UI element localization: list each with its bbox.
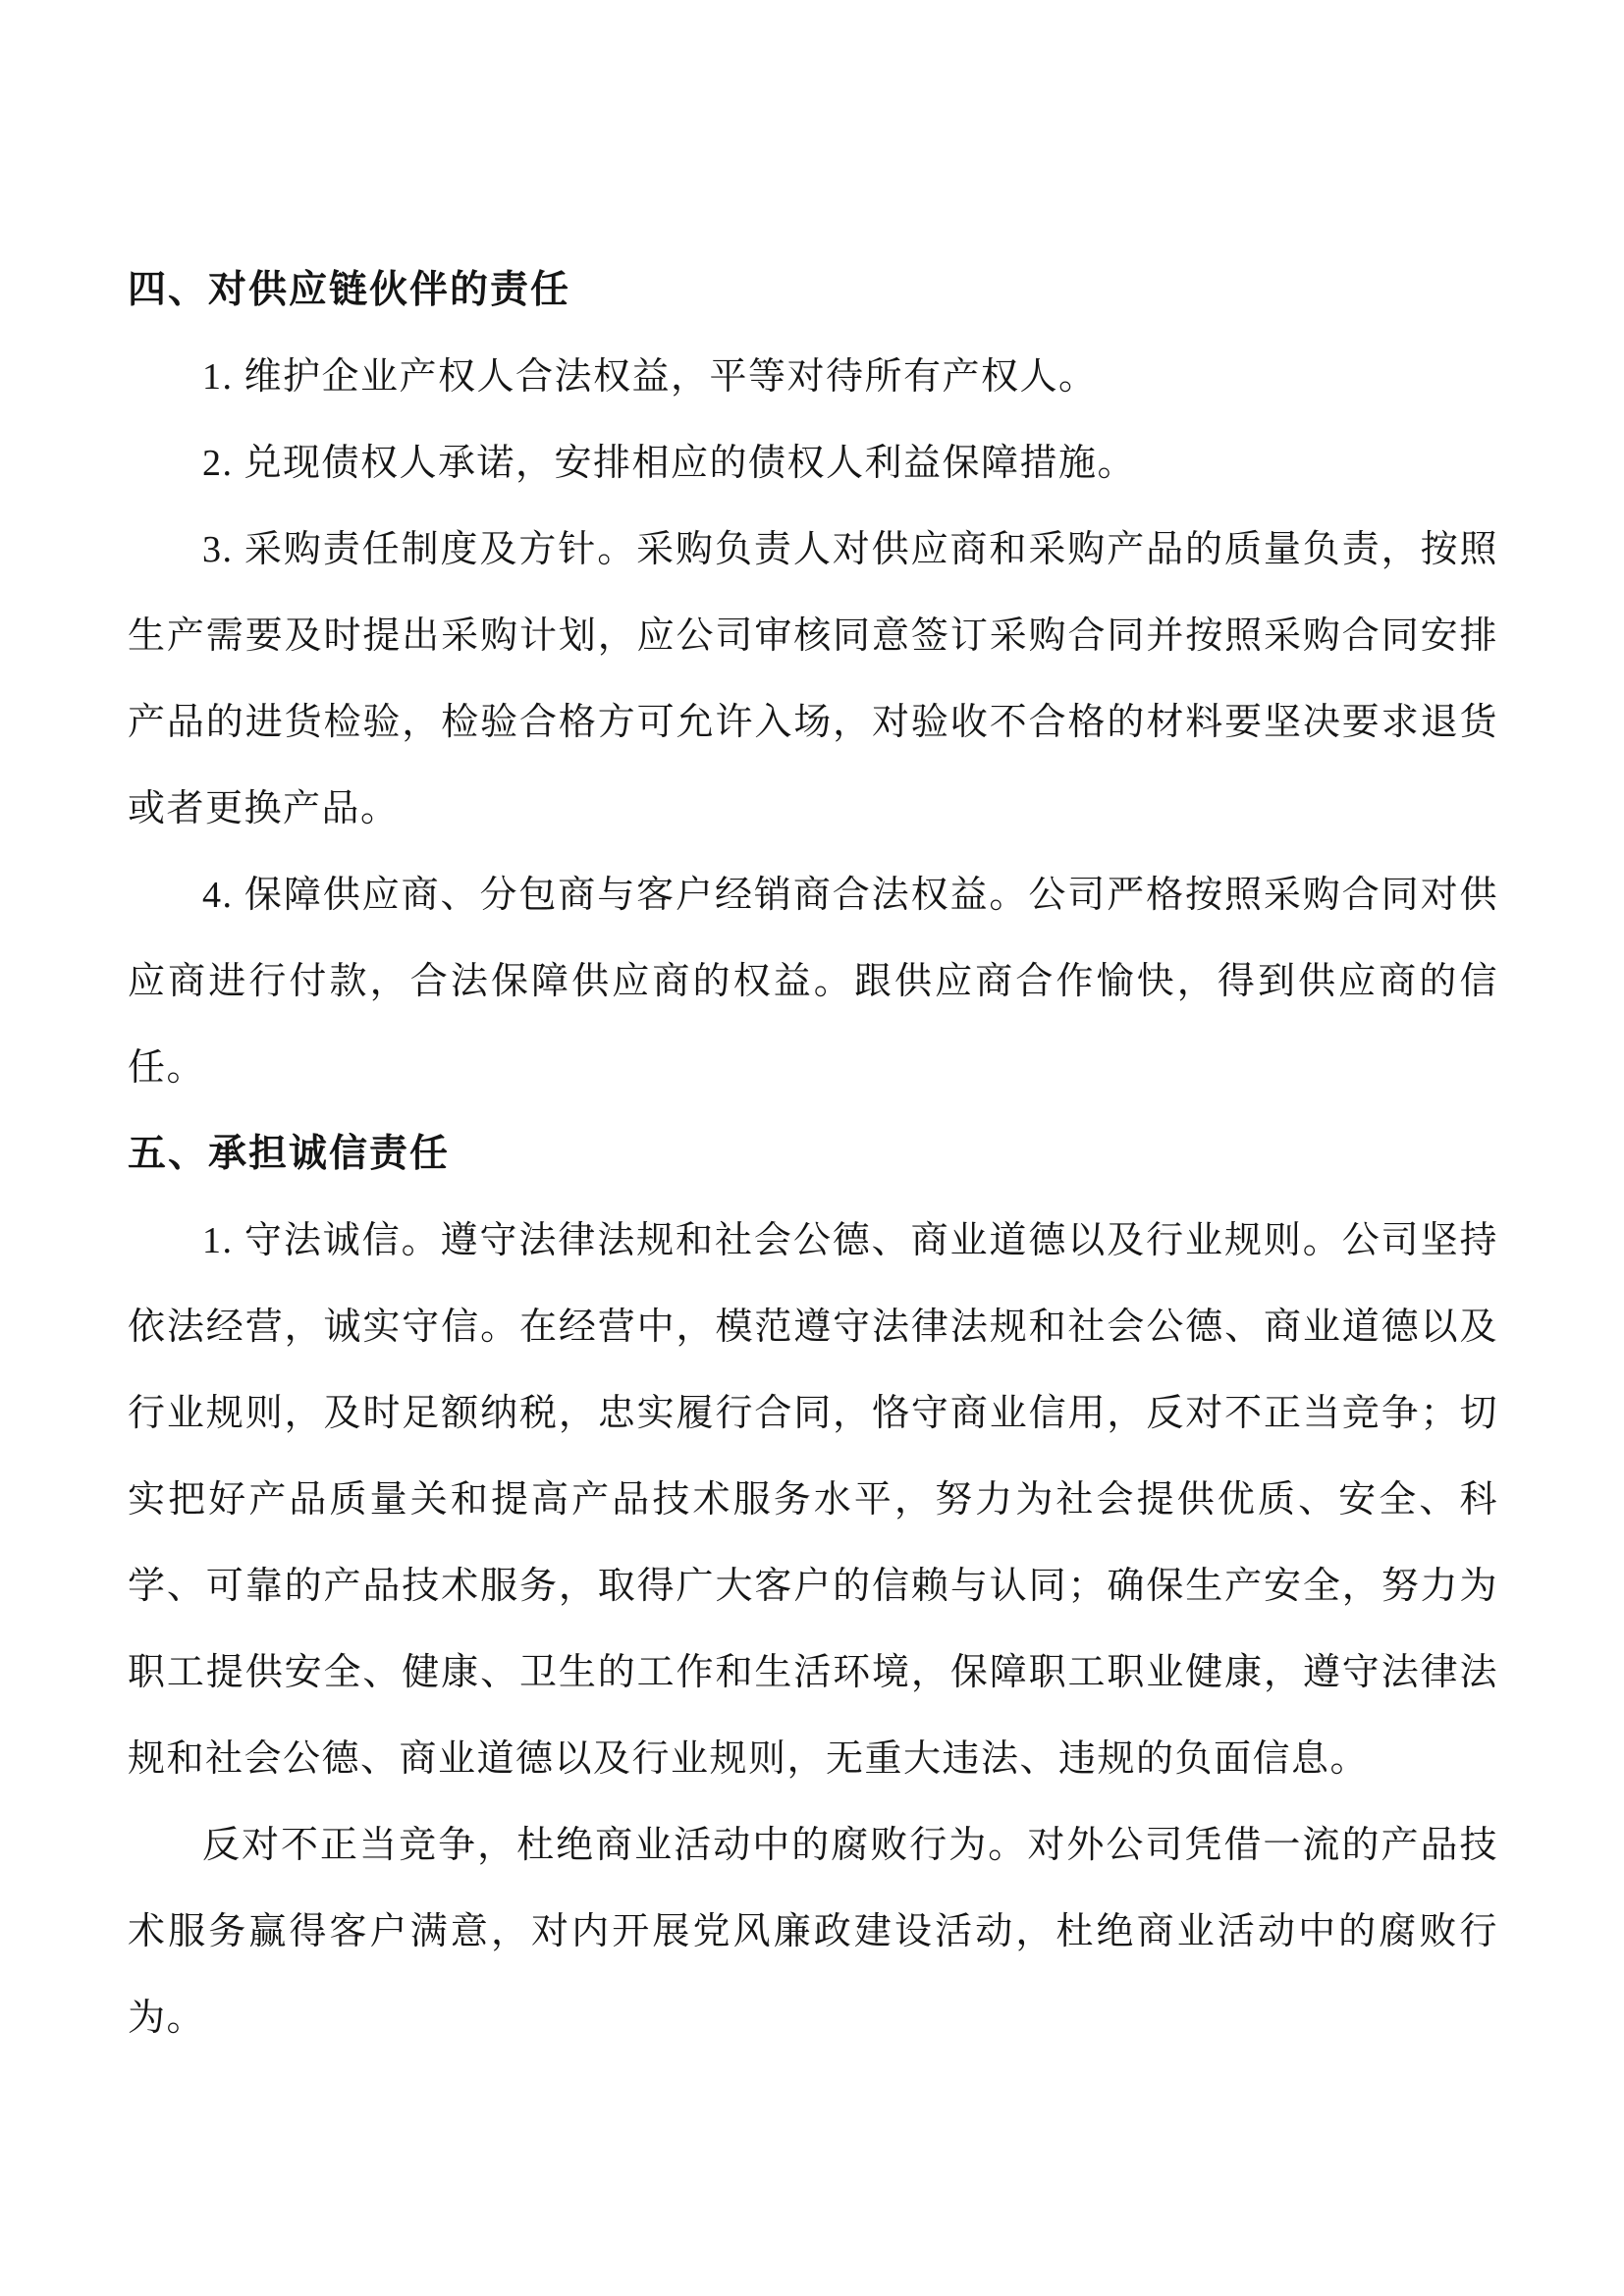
paragraph: 1. 维护企业产权人合法权益，平等对待所有产权人。	[128, 334, 1498, 420]
section-heading: 四、对供应链伙伴的责任	[128, 247, 1498, 334]
paragraph: 3. 采购责任制度及方针。采购负责人对供应商和采购产品的质量负责，按照生产需要及…	[128, 507, 1498, 852]
document-page: 四、对供应链伙伴的责任 1. 维护企业产权人合法权益，平等对待所有产权人。 2.…	[0, 0, 1624, 2296]
section-supply-chain-responsibility: 四、对供应链伙伴的责任 1. 维护企业产权人合法权益，平等对待所有产权人。 2.…	[128, 247, 1498, 1111]
section-heading: 五、承担诚信责任	[128, 1111, 1498, 1198]
paragraph: 反对不正当竞争，杜绝商业活动中的腐败行为。对外公司凭借一流的产品技术服务赢得客户…	[128, 1802, 1498, 2061]
document-body: 四、对供应链伙伴的责任 1. 维护企业产权人合法权益，平等对待所有产权人。 2.…	[128, 247, 1498, 2061]
paragraph: 2. 兑现债权人承诺，安排相应的债权人利益保障措施。	[128, 420, 1498, 507]
paragraph: 1. 守法诚信。遵守法律法规和社会公德、商业道德以及行业规则。公司坚持依法经营，…	[128, 1198, 1498, 1802]
paragraph: 4. 保障供应商、分包商与客户经销商合法权益。公司严格按照采购合同对供应商进行付…	[128, 852, 1498, 1111]
section-integrity-responsibility: 五、承担诚信责任 1. 守法诚信。遵守法律法规和社会公德、商业道德以及行业规则。…	[128, 1111, 1498, 2061]
